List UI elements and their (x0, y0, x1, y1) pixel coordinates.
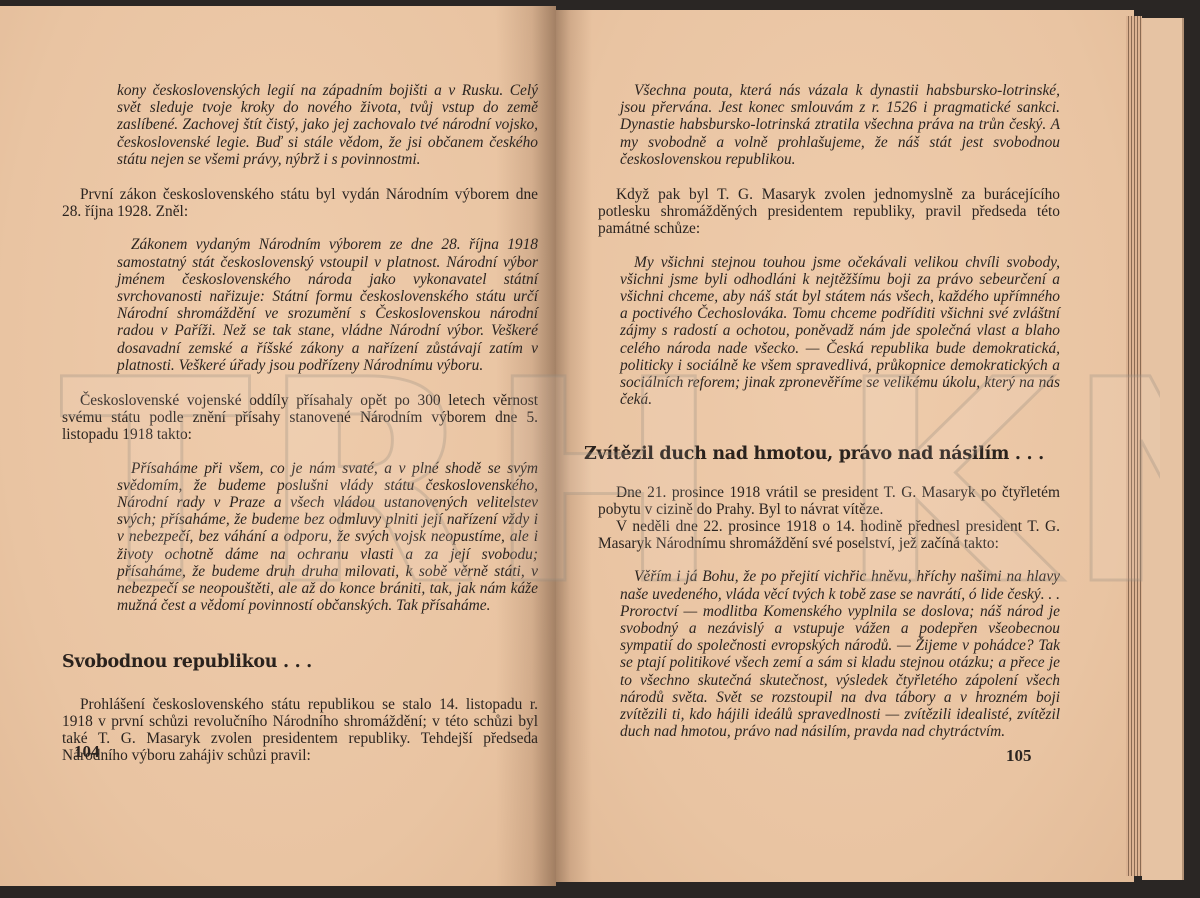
quote-block: Všechna pouta, která nás vázala k dynast… (620, 82, 1060, 168)
left-page-text: kony československých legií na západním … (62, 82, 538, 765)
left-page: kony československých legií na západním … (0, 6, 556, 886)
body-paragraph: První zákon československého státu byl v… (62, 186, 538, 220)
page-number: 105 (1006, 746, 1032, 766)
quote-paragraph: kony československých legií na západním … (117, 82, 538, 168)
section-heading: Zvítězil duch nad hmotou, právo nad nási… (584, 446, 1060, 463)
right-page-text: Všechna pouta, která nás vázala k dynast… (598, 82, 1060, 741)
page-edges (1126, 16, 1142, 876)
quote-paragraph: Všechna pouta, která nás vázala k dynast… (620, 82, 1060, 168)
quote-block: Věřím i já Bohu, že po přejití vichřic h… (620, 568, 1060, 740)
section-heading: Svobodnou republikou . . . (62, 654, 538, 671)
quote-block: Přísaháme při všem, co je nám svaté, a v… (117, 460, 538, 615)
quote-paragraph: Přísaháme při všem, co je nám svaté, a v… (117, 460, 538, 615)
quote-paragraph: Věřím i já Bohu, že po přejití vichřic h… (620, 568, 1060, 740)
open-book: kony československých legií na západním … (0, 0, 1200, 898)
body-paragraph: Když pak byl T. G. Masaryk zvolen jednom… (598, 186, 1060, 238)
quote-block: kony československých legií na západním … (117, 82, 538, 168)
body-paragraph: Prohlášení československého státu republ… (62, 696, 538, 765)
page-number: 104 (74, 742, 100, 762)
body-paragraph: Československé vojenské oddíly přísahaly… (62, 392, 538, 444)
back-cover (1142, 18, 1184, 880)
quote-block: My všichni stejnou touhou jsme očekávali… (620, 254, 1060, 409)
quote-paragraph: Zákonem vydaným Národním výborem ze dne … (117, 236, 538, 374)
quote-block: Zákonem vydaným Národním výborem ze dne … (117, 236, 538, 374)
body-paragraph: Dne 21. prosince 1918 vrátil se presiden… (598, 484, 1060, 518)
body-paragraph: V neděli dne 22. prosince 1918 o 14. hod… (598, 518, 1060, 552)
quote-paragraph: My všichni stejnou touhou jsme očekávali… (620, 254, 1060, 409)
